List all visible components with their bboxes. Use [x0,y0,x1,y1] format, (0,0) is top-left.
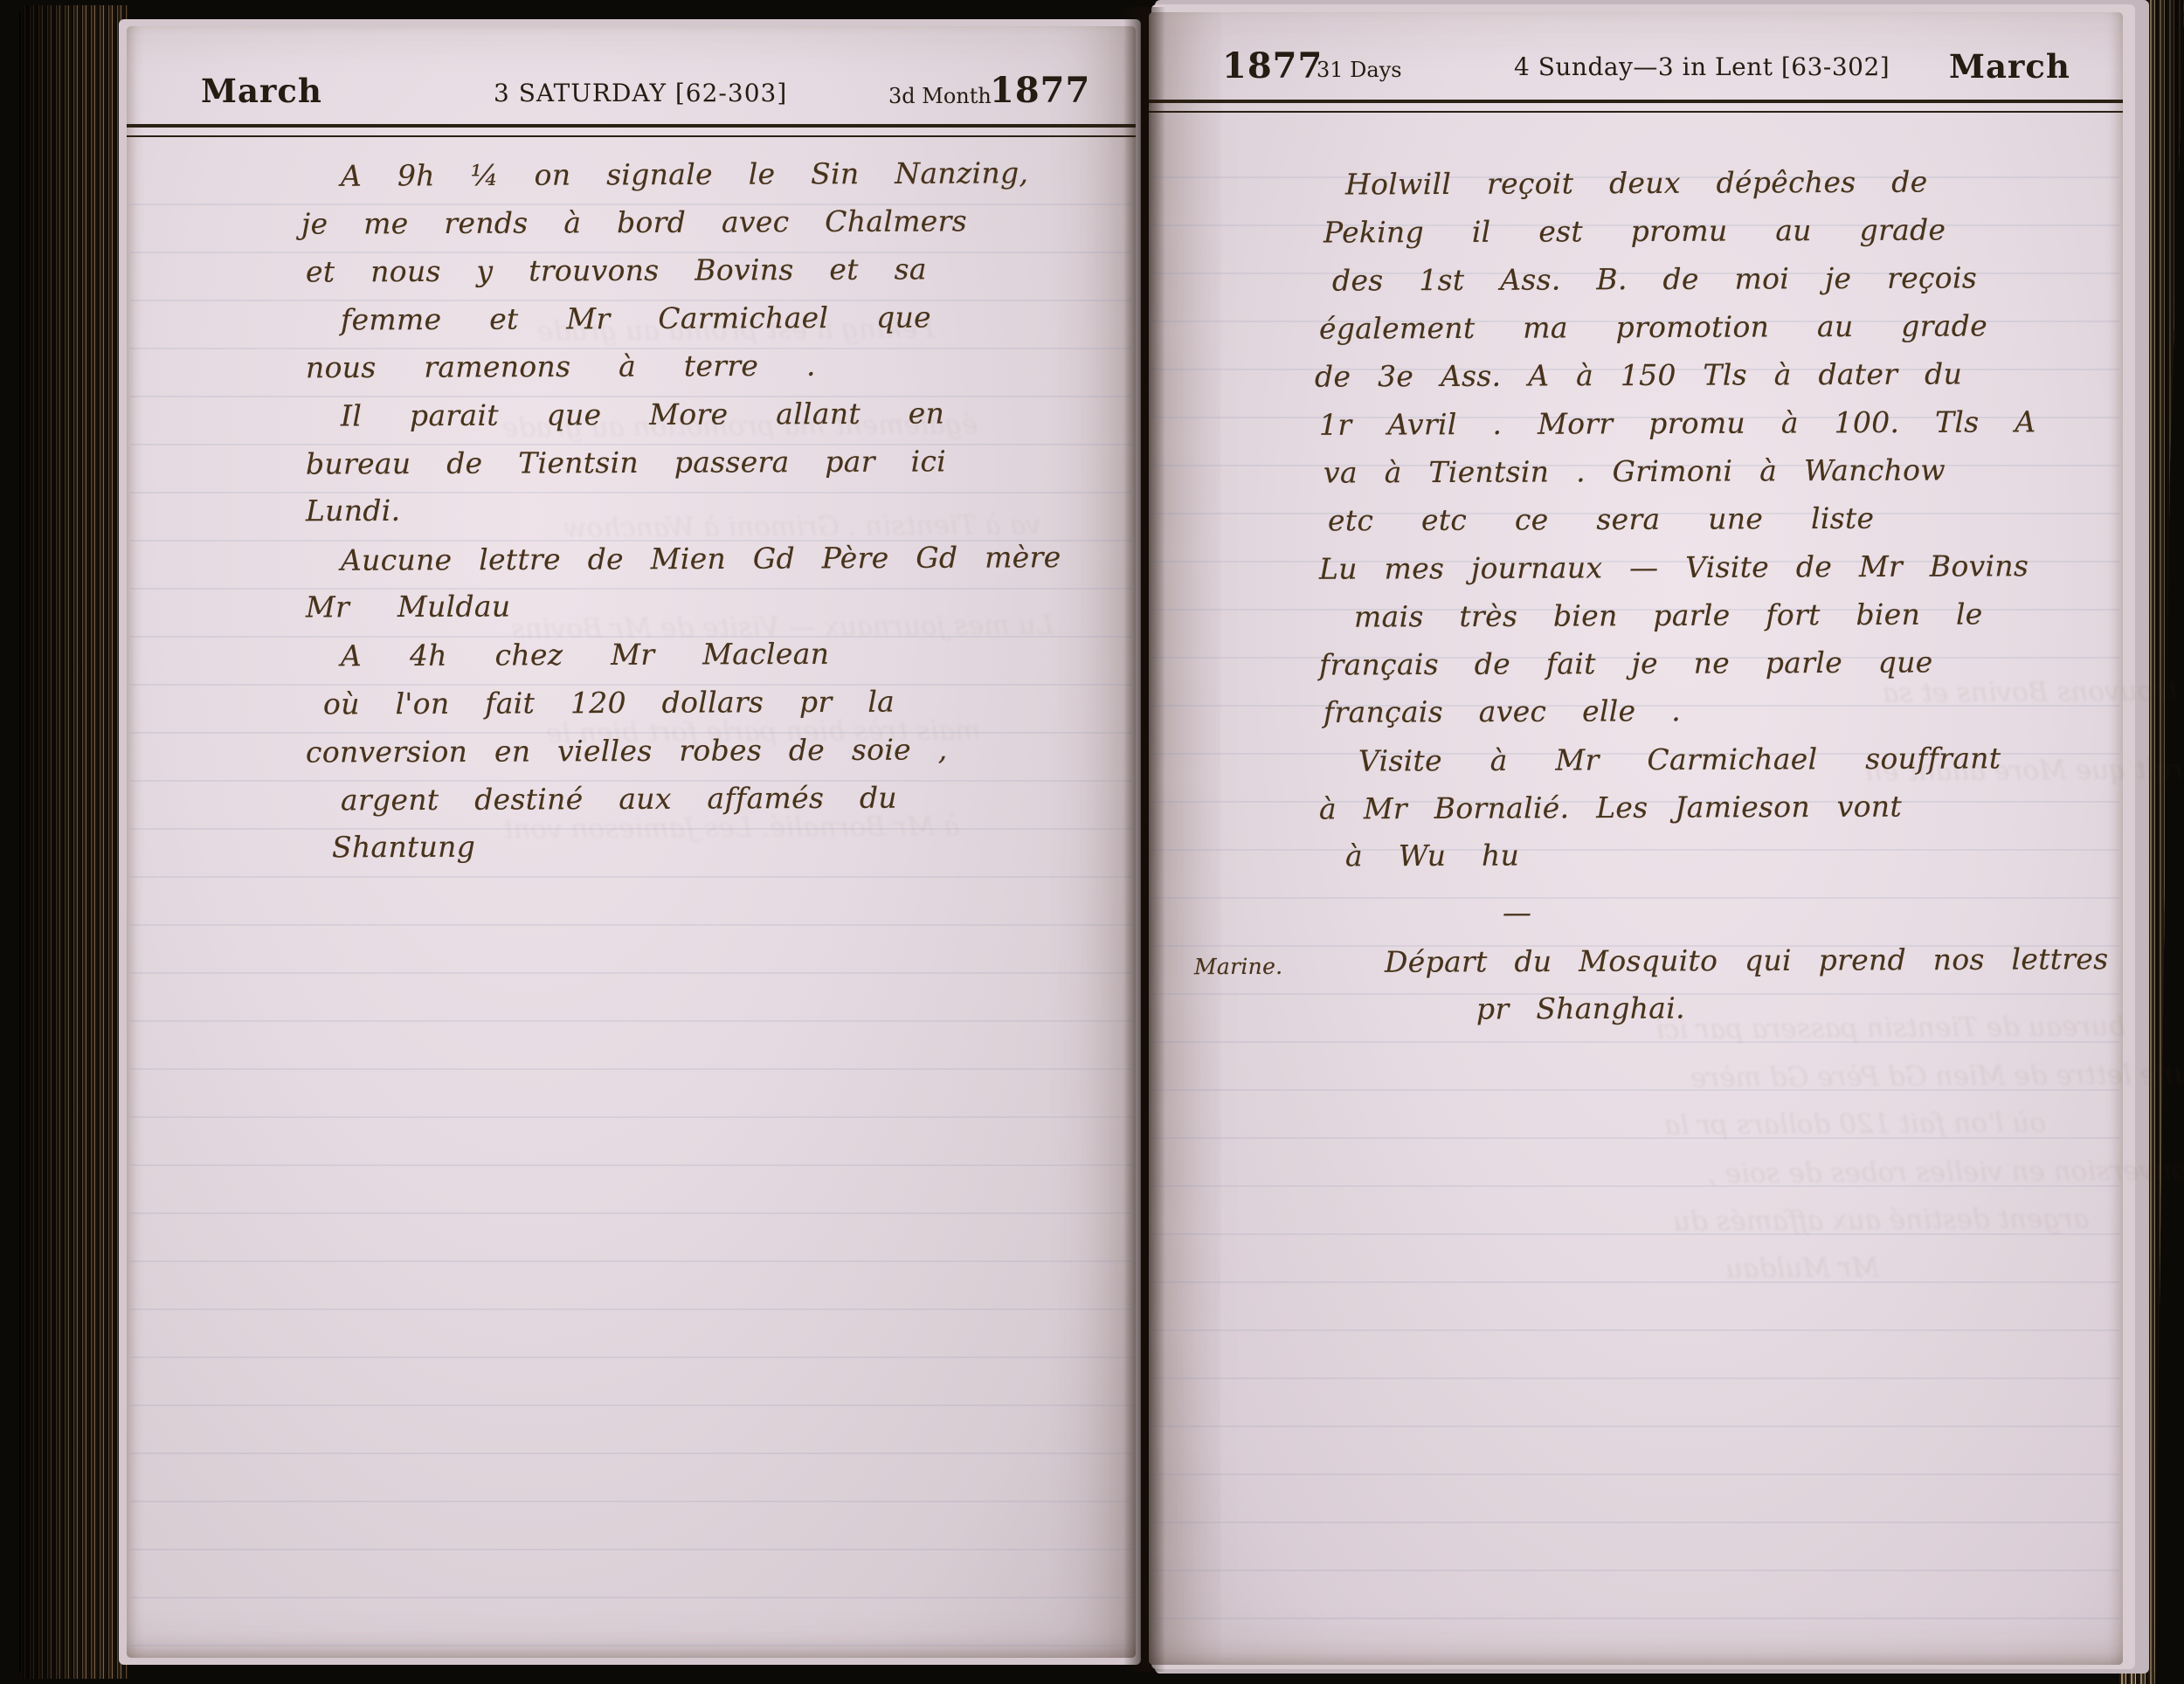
handwritten-line: 1r Avril . Morr promu à 100. Tls A [1319,404,2036,442]
left-header-month-ordinal: 3d Month [888,84,992,108]
left-header-month: March [201,72,322,110]
handwritten-line: nous ramenons à terre . [306,349,816,385]
handwritten-line: mais très bien parle fort bien le [1354,597,1983,633]
handwritten-line: Lu mes journaux — Visite de Mr Bovins [1319,549,2028,586]
handwritten-line: — [1503,895,1531,929]
handwritten-line: de 3e Ass. A à 150 Tls à dater du [1315,356,1962,393]
right-diary-page: 1877 31 Days 4 Sunday—3 in Lent [63-302]… [1149,12,2123,1665]
diary-photo: March 3 SATURDAY [62-303] 3d Month 1877 … [0,0,2184,1684]
handwritten-line: Lundi. [306,493,401,528]
handwritten-line: à Mr Bornalié. Les Jamieson vont [1319,790,1902,826]
book-gutter-fold [1123,7,1165,1672]
left-page-stack-edge [19,5,128,1679]
handwritten-line: Départ du Mosquito qui prend nos lettres [1385,942,2109,979]
left-header-year: 1877 [990,70,1090,111]
left-header-day-line: 3 SATURDAY [62-303] [494,79,787,107]
handwritten-line: A 9h ¼ on signale le Sin Nanzing, [341,155,1028,192]
handwritten-line: argent destiné aux affamés du [341,781,897,818]
handwritten-line: Holwill reçoit deux dépêches de [1345,165,1928,202]
header-double-rule [127,124,1136,137]
margin-note: Marine. [1194,954,1283,979]
handwritten-line: des 1st Ass. B. de moi je reçois [1332,260,1977,297]
handwritten-line: où l'on fait 120 dollars pr la [323,685,895,721]
handwritten-line: va à Tientsin . Grimoni à Wanchow [1324,452,1946,489]
handwritten-line: Peking il est promu au grade [1324,212,1946,249]
handwritten-line: Shantung [332,830,475,865]
handwritten-line: Visite à Mr Carmichael souffrant [1358,741,2001,777]
handwritten-line: je me rends à bord avec Chalmers [301,204,967,240]
handwritten-line: bureau de Tientsin passera par ici [306,444,946,480]
right-header-days: 31 Days [1317,58,1402,82]
handwritten-line: pr Shanghai. [1476,990,1685,1025]
handwritten-line: Il parait que More allant en [341,396,944,432]
right-header-day-line: 4 Sunday—3 in Lent [63-302] [1514,52,1890,81]
handwritten-line: conversion en vielles robes de soie , [306,732,948,769]
handwritten-line: etc etc ce sera une liste [1328,501,1874,538]
right-header-month: March [1949,47,2070,86]
handwritten-line: A 4h chez Mr Maclean [341,637,829,673]
handwritten-line: femme et Mr Carmichael que [341,300,931,337]
handwritten-line: et nous y trouvons Bovins et sa [306,252,927,288]
handwritten-line: à Wu hu [1345,839,1519,873]
handwritten-line: français avec elle . [1324,694,1681,729]
handwritten-line: français de fait je ne parle que [1319,645,1933,681]
left-diary-page: March 3 SATURDAY [62-303] 3d Month 1877 … [127,26,1136,1658]
handwritten-line: Aucune lettre de Mien Gd Père Gd mère [341,540,1061,577]
handwritten-line: Mr Muldau [306,589,511,624]
header-double-rule [1149,100,2123,113]
right-header-year: 1877 [1222,45,1323,86]
handwritten-line: également ma promotion au grade [1319,308,1987,345]
